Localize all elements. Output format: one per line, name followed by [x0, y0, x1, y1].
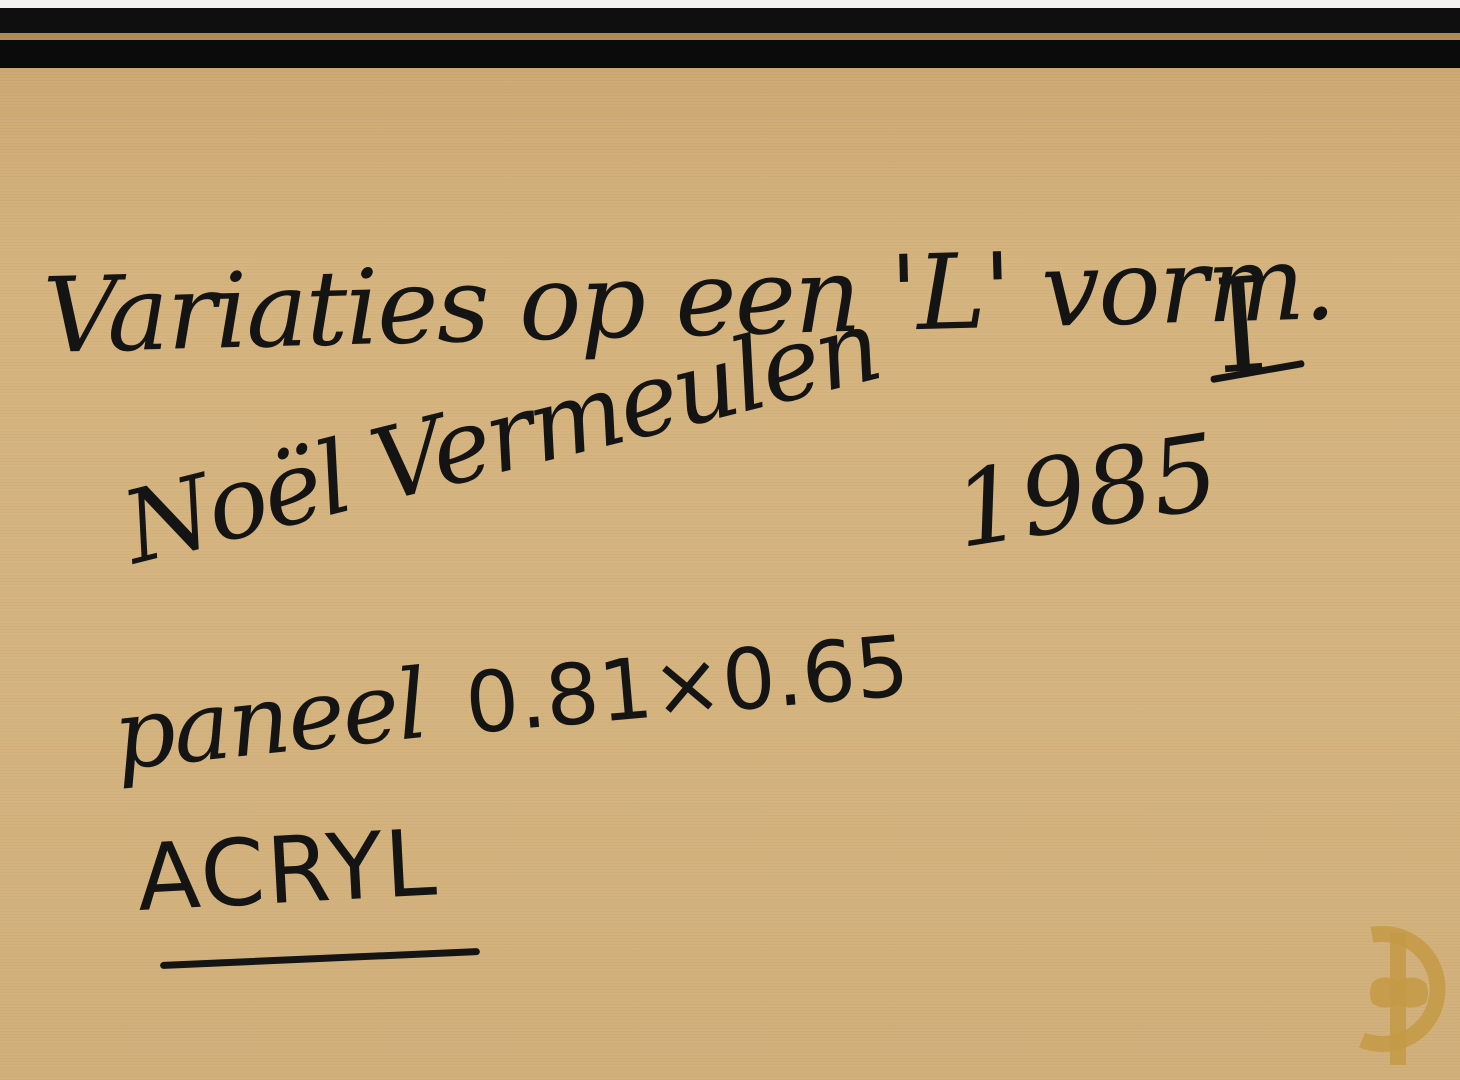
- frame-edge-top: [0, 8, 1460, 34]
- auction-gavel-logo-icon: [1342, 915, 1460, 1065]
- painting-back-panel: [0, 68, 1460, 1080]
- inscription-medium: ACRYL: [134, 809, 440, 932]
- frame-edge-inner: [0, 40, 1460, 70]
